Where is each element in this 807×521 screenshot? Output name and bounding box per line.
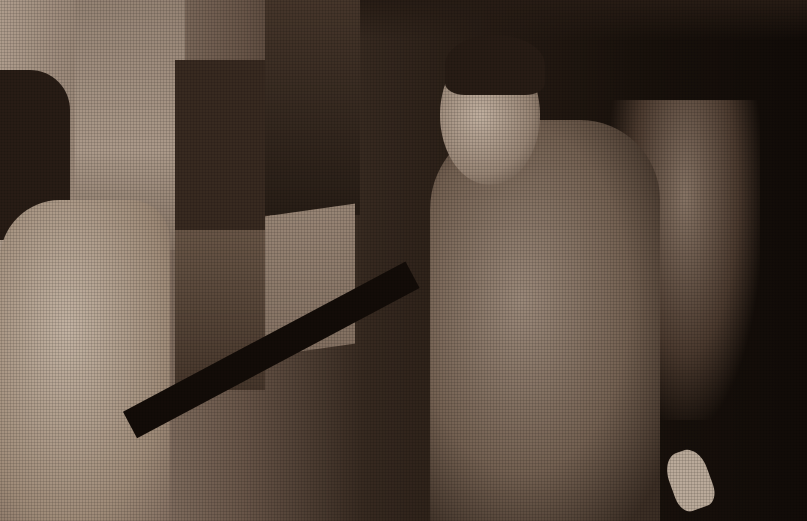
painting-dark xyxy=(175,60,270,250)
hand xyxy=(661,445,719,515)
exhibition-photo xyxy=(0,0,807,521)
man-hair xyxy=(445,35,545,95)
painting-right xyxy=(265,0,360,215)
ceiling-shadow xyxy=(360,0,807,40)
woman-foreground xyxy=(0,200,170,521)
man-in-suit xyxy=(430,120,660,521)
